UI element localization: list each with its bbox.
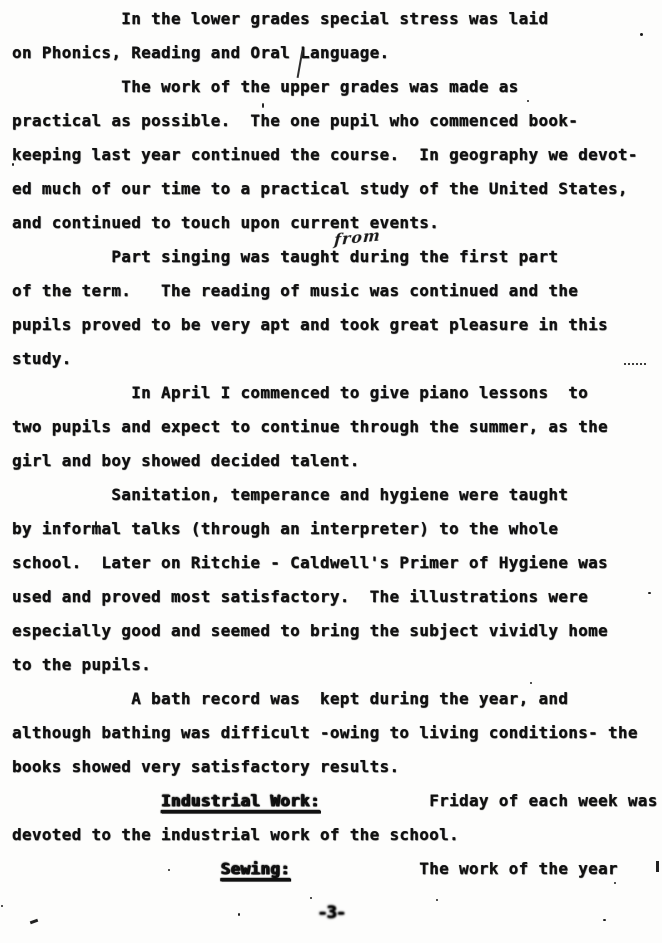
- line-text: of the term. The reading of music was co…: [12, 281, 578, 300]
- typewritten-line: A bath record was kept during the year, …: [12, 682, 656, 716]
- typewritten-line: In the lower grades special stress was l…: [12, 2, 656, 36]
- typewritten-line: school. Later on Ritchie - Caldwell's Pr…: [12, 546, 656, 580]
- section-heading-underlined: Sewing:: [221, 859, 291, 878]
- scan-speck: [530, 682, 532, 684]
- scanned-document-page: In the lower grades special stress was l…: [0, 0, 662, 943]
- line-text: school. Later on Ritchie - Caldwell's Pr…: [12, 553, 608, 572]
- typewritten-line: pupils proved to be very apt and took gr…: [12, 308, 656, 342]
- line-text: keeping last year continued the course. …: [12, 145, 638, 164]
- typewritten-line: keeping last year continued the course. …: [12, 138, 656, 172]
- typewritten-line: Sewing: The work of the year: [12, 852, 656, 886]
- scan-speck: [310, 897, 312, 899]
- typewritten-line: books showed very satisfactory results.: [12, 750, 656, 784]
- scan-speck: [640, 33, 643, 36]
- typewritten-line: especially good and seemed to bring the …: [12, 614, 656, 648]
- line-text: especially good and seemed to bring the …: [12, 621, 608, 640]
- scan-speck: [168, 869, 170, 871]
- scan-speck: [225, 387, 227, 389]
- line-text: In the lower grades special stress was l…: [12, 9, 548, 28]
- typewritten-line: of the term. The reading of music was co…: [12, 274, 656, 308]
- line-pre-spacing: [12, 791, 161, 810]
- typewritten-line: although bathing was difficult -owing to…: [12, 716, 656, 750]
- line-pre-spacing: [12, 859, 221, 878]
- scan-speck: [1, 905, 3, 907]
- line-text: practical as possible. The one pupil who…: [12, 111, 578, 130]
- typewritten-line: In April I commenced to give piano lesso…: [12, 376, 656, 410]
- typewritten-line: two pupils and expect to continue throug…: [12, 410, 656, 444]
- line-text: two pupils and expect to continue throug…: [12, 417, 608, 436]
- scan-edge-mark: [656, 861, 659, 872]
- line-text: on Phonics, Reading and Oral Language.: [12, 43, 389, 62]
- line-text: study.: [12, 349, 72, 368]
- typewritten-line: on Phonics, Reading and Oral Language.: [12, 36, 656, 70]
- line-text: ed much of our time to a practical study…: [12, 179, 628, 198]
- typewritten-line: devoted to the industrial work of the sc…: [12, 818, 656, 852]
- typewritten-line: used and proved most satisfactory. The i…: [12, 580, 656, 614]
- typewritten-line: practical as possible. The one pupil who…: [12, 104, 656, 138]
- scan-speck: [648, 592, 651, 594]
- typewritten-line: to the pupils.: [12, 648, 656, 682]
- scan-speck: [12, 163, 14, 166]
- line-text: although bathing was difficult -owing to…: [12, 723, 638, 742]
- scan-speck: [262, 103, 264, 108]
- typewritten-line: girl and boy showed decided talent.: [12, 444, 656, 478]
- typewritten-body: In the lower grades special stress was l…: [12, 2, 656, 886]
- line-text: devoted to the industrial work of the sc…: [12, 825, 459, 844]
- line-text: Part singing was taught during the first…: [12, 247, 558, 266]
- scan-speck: [436, 899, 438, 901]
- line-text: used and proved most satisfactory. The i…: [12, 587, 588, 606]
- typewritten-line: The work of the upper grades was made as: [12, 70, 656, 104]
- section-heading-underlined: Industrial Work:: [161, 791, 320, 810]
- page-number: -3-: [0, 903, 662, 923]
- line-text: girl and boy showed decided talent.: [12, 451, 360, 470]
- line-text: The work of the upper grades was made as: [12, 77, 519, 96]
- line-rest-text: Friday of each week was: [320, 791, 658, 810]
- line-text: to the pupils.: [12, 655, 151, 674]
- scan-dotted-mark: [624, 363, 646, 365]
- line-text: Sanitation, temperance and hygiene were …: [12, 485, 568, 504]
- scan-speck: [238, 913, 240, 916]
- scan-speck: [614, 882, 616, 884]
- line-text: pupils proved to be very apt and took gr…: [12, 315, 608, 334]
- line-text: A bath record was kept during the year, …: [12, 689, 568, 708]
- typewritten-line: Sanitation, temperance and hygiene were …: [12, 478, 656, 512]
- line-rest-text: The work of the year: [290, 859, 618, 878]
- typewritten-line: ed much of our time to a practical study…: [12, 172, 656, 206]
- typewritten-line: by informal talks (through an interprete…: [12, 512, 656, 546]
- line-text: by informal talks (through an interprete…: [12, 519, 558, 538]
- scan-speck: [527, 100, 529, 102]
- typewritten-line: study.: [12, 342, 656, 376]
- line-text: books showed very satisfactory results.: [12, 757, 399, 776]
- scan-speck: [95, 521, 97, 526]
- line-text: In April I commenced to give piano lesso…: [12, 383, 588, 402]
- typewritten-line: Industrial Work: Friday of each week was: [12, 784, 656, 818]
- scan-speck: [603, 919, 606, 921]
